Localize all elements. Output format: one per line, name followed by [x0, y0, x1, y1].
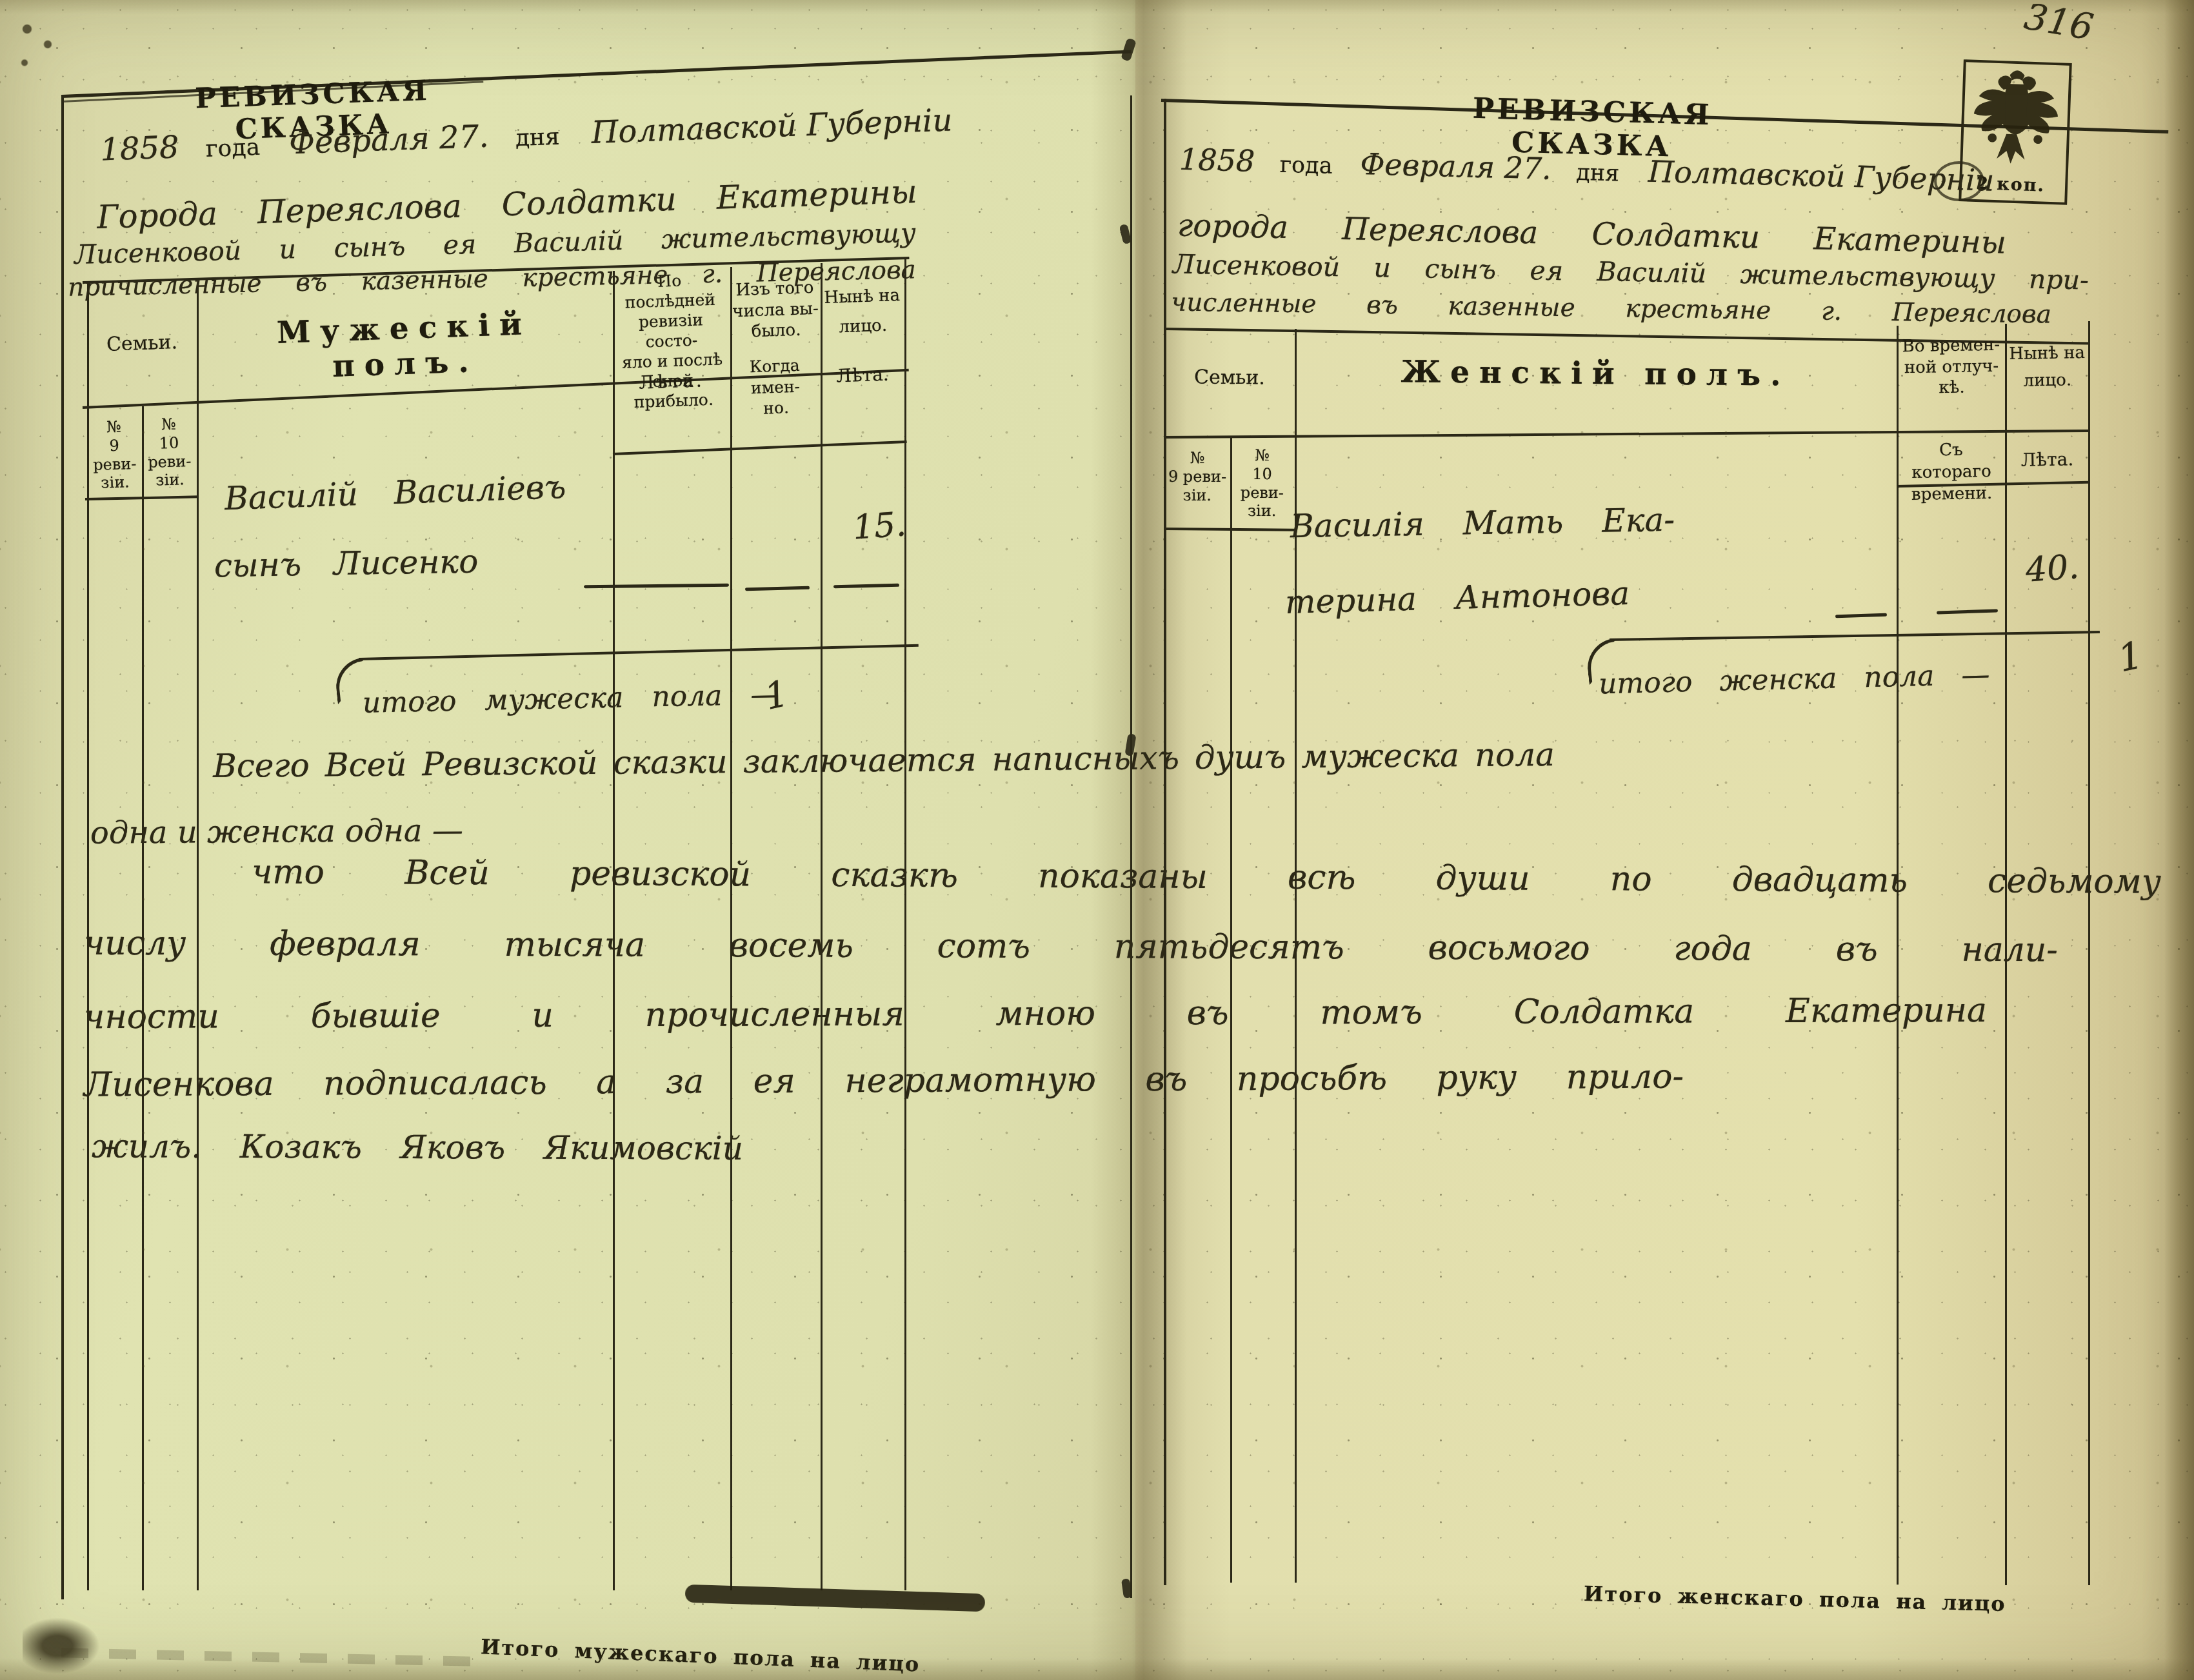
attestation-line-3: чности бывшіе и прочисленныя мною въ том… — [84, 991, 1987, 1036]
left-table-vline-right-edge — [904, 258, 906, 1590]
right-col-present-sub: Лѣта. — [2006, 448, 2089, 471]
left-col-gender: Мужескій полъ. — [195, 304, 613, 389]
right-col-rev10: № 10 реви- зіи. — [1230, 446, 1295, 521]
attestation-signature-line: жилъ. Козакъ Яковъ Якимовскій — [92, 1127, 743, 1167]
right-entry-name-line1: Василія Мать Ека- — [1290, 501, 1675, 545]
right-date-goda: года — [1279, 152, 1333, 179]
right-entry-age-now: 40. — [2024, 548, 2080, 590]
right-col-family: Семьи. — [1165, 366, 1294, 390]
scan-edge-right — [2164, 0, 2194, 1680]
bottom-left-ink-blob — [23, 1617, 100, 1674]
left-col-rev10: № 10 реви- зіи. — [141, 415, 198, 490]
right-col-absence: Во времен- ной отлуч- кѣ. — [1897, 335, 2006, 399]
scanned-revision-list: РЕВИЗСКАЯ СКАЗКА 1858 года Февраля 27. д… — [0, 0, 2194, 1680]
right-date-dnya: дня — [1576, 160, 1620, 187]
summary-total-line-2: одна и женска одна — — [90, 813, 419, 851]
right-col-absence-sub: Съ котораго времени. — [1897, 439, 2006, 506]
left-col-present-sub: Лѣта. — [820, 363, 904, 388]
scan-edge-top — [0, 0, 2194, 14]
left-page-left-border — [61, 97, 64, 1599]
left-date-month-day: Февраля 27. — [288, 119, 489, 162]
left-date-dnya: дня — [515, 124, 560, 152]
right-date-year: 1858 — [1179, 142, 1255, 179]
left-col-family: Семьи. — [86, 330, 197, 357]
right-col-gender: Женскій полъ. — [1295, 353, 1897, 394]
left-col-departed-sub: Когда имен- но. — [729, 355, 821, 420]
right-col-rev9: № 9 реви- зіи. — [1165, 449, 1230, 505]
attestation-line-2: числу февраля тысяча восемь сотъ пятьдес… — [84, 924, 2058, 970]
left-col-present: Нынѣ на лицо. — [819, 281, 905, 342]
left-col-last-revision-sub: Лѣта. — [612, 369, 730, 394]
left-date-goda: года — [205, 134, 261, 163]
left-entry-name-line2: сынъ Лисенко — [214, 542, 479, 584]
imperial-eagle-icon — [1968, 65, 2064, 172]
left-page-right-edge-fold-line — [1130, 95, 1132, 1598]
left-date-year: 1858 — [99, 129, 179, 168]
right-table-vline-right-edge — [2088, 321, 2090, 1585]
right-page-left-border — [1164, 99, 1166, 1585]
left-entry-age-now: 15. — [852, 505, 908, 548]
right-date-month-day: Февраля 27. — [1360, 146, 1552, 186]
left-col-rev9: № 9 реви- зіи. — [86, 417, 143, 493]
right-col-present: Нынѣ на лицо. — [2006, 340, 2088, 395]
corner-ink-specks — [12, 17, 63, 78]
